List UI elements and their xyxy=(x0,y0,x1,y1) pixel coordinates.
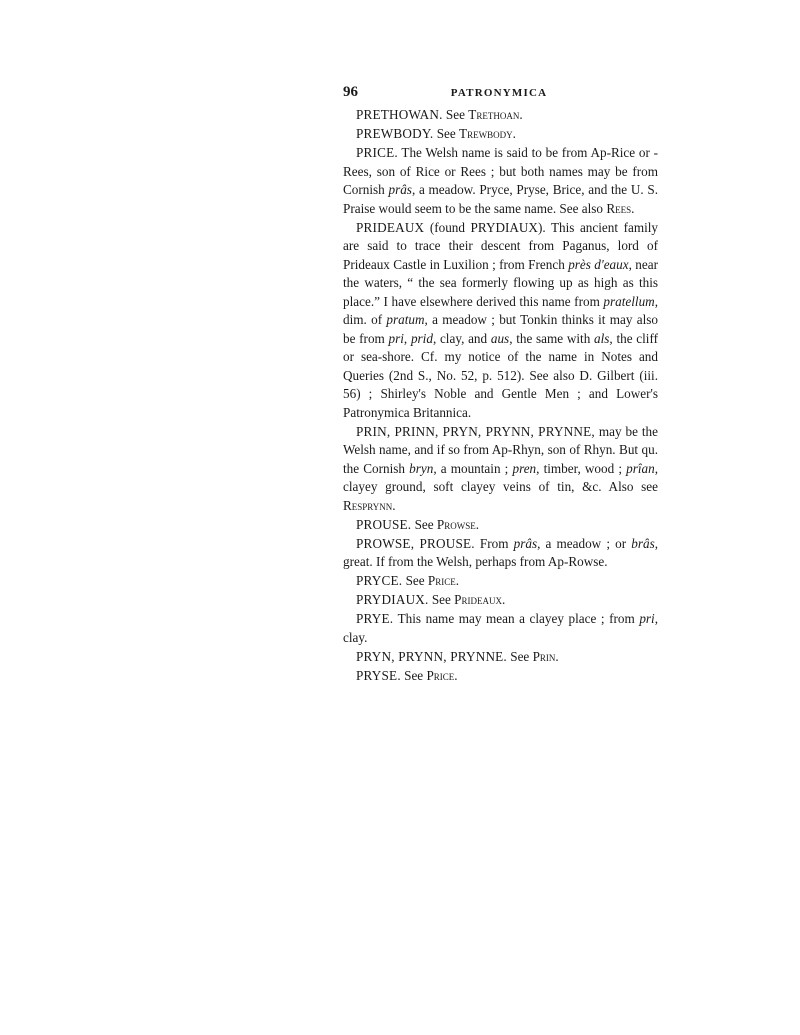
entry-text: See xyxy=(411,517,437,532)
page-header: 96 PATRONYMICA xyxy=(343,84,658,106)
italic-term: près d'eaux xyxy=(568,257,628,272)
entry-headword: PRYE. xyxy=(356,611,393,626)
italic-term: prâs xyxy=(388,182,411,197)
entry-headword: PRIN, PRINN, PRYN, PRYNN, PRYNNE, xyxy=(356,424,595,439)
dictionary-entry: PRETHOWAN. See Trethoan. xyxy=(343,106,658,125)
entry-headword: PRYCE. xyxy=(356,573,402,588)
running-title: PATRONYMICA xyxy=(358,87,658,99)
entry-headword: PRICE. xyxy=(356,145,398,160)
entry-text: See xyxy=(507,649,533,664)
entry-text: See xyxy=(401,668,427,683)
entry-text: From xyxy=(475,536,514,551)
cross-reference: Prin. xyxy=(533,649,559,664)
cross-reference: Prideaux. xyxy=(454,592,505,607)
entry-text: , the same with xyxy=(509,331,594,346)
italic-term: prâs xyxy=(514,536,537,551)
dictionary-entry: PRYE. This name may mean a clayey place … xyxy=(343,610,658,647)
dictionary-entry: PROWSE, PROUSE. From prâs, a meadow ; or… xyxy=(343,535,658,572)
dictionary-entry: PREWBODY. See Trewbody. xyxy=(343,125,658,144)
entry-headword: PRIDEAUX xyxy=(356,220,424,235)
italic-term: als xyxy=(594,331,609,346)
cross-reference: Rees. xyxy=(606,201,634,216)
italic-term: pratum xyxy=(386,312,424,327)
italic-term: brâs xyxy=(631,536,654,551)
italic-term: pratellum xyxy=(603,294,654,309)
entry-text: This name may mean a clayey place ; from xyxy=(393,611,639,626)
italic-term: prîan xyxy=(626,461,655,476)
entry-text: , a meadow ; or xyxy=(537,536,631,551)
dictionary-entry: PRYCE. See Price. xyxy=(343,572,658,591)
italic-term: bryn xyxy=(409,461,433,476)
entry-headword: PROUSE. xyxy=(356,517,411,532)
entry-text: See xyxy=(443,107,469,122)
entry-text: See xyxy=(429,592,455,607)
dictionary-entry: PRYSE. See Price. xyxy=(343,667,658,686)
cross-reference: Prowse. xyxy=(437,517,479,532)
entry-headword: PRETHOWAN. xyxy=(356,107,443,122)
cross-reference: Price. xyxy=(426,668,457,683)
cross-reference: Resprynn. xyxy=(343,498,396,513)
entry-text: , a mountain ; xyxy=(433,461,512,476)
entry-text: See xyxy=(402,573,428,588)
entry-headword: PROWSE, PROUSE. xyxy=(356,536,475,551)
cross-reference: Price. xyxy=(428,573,459,588)
page-number: 96 xyxy=(343,84,358,101)
entry-text: See xyxy=(433,126,459,141)
dictionary-entry: PRIDEAUX (found PRYDIAUX). This ancient … xyxy=(343,219,658,423)
dictionary-entry: PRYN, PRYNN, PRYNNE. See Prin. xyxy=(343,648,658,667)
dictionary-entry: PRYDIAUX. See Prideaux. xyxy=(343,591,658,610)
italic-term: pren xyxy=(512,461,536,476)
entry-headword: PRYSE. xyxy=(356,668,401,683)
entry-text: , xyxy=(404,331,411,346)
italic-term: prid xyxy=(411,331,433,346)
cross-reference: Trethoan. xyxy=(468,107,522,122)
entry-headword: PREWBODY. xyxy=(356,126,433,141)
entry-text: , timber, wood ; xyxy=(536,461,626,476)
italic-term: pri xyxy=(389,331,404,346)
dictionary-entry: PROUSE. See Prowse. xyxy=(343,516,658,535)
dictionary-entry: PRIN, PRINN, PRYN, PRYNN, PRYNNE, may be… xyxy=(343,423,658,516)
cross-reference: Trewbody. xyxy=(459,126,516,141)
entry-headword: PRYN, PRYNN, PRYNNE. xyxy=(356,649,507,664)
book-page: 96 PATRONYMICA PRETHOWAN. See Trethoan.P… xyxy=(343,84,658,685)
dictionary-entries: PRETHOWAN. See Trethoan.PREWBODY. See Tr… xyxy=(343,106,658,685)
entry-text: , clay, and xyxy=(433,331,491,346)
italic-term: pri xyxy=(639,611,654,626)
italic-term: aus xyxy=(491,331,509,346)
dictionary-entry: PRICE. The Welsh name is said to be from… xyxy=(343,144,658,218)
entry-headword: PRYDIAUX. xyxy=(356,592,429,607)
